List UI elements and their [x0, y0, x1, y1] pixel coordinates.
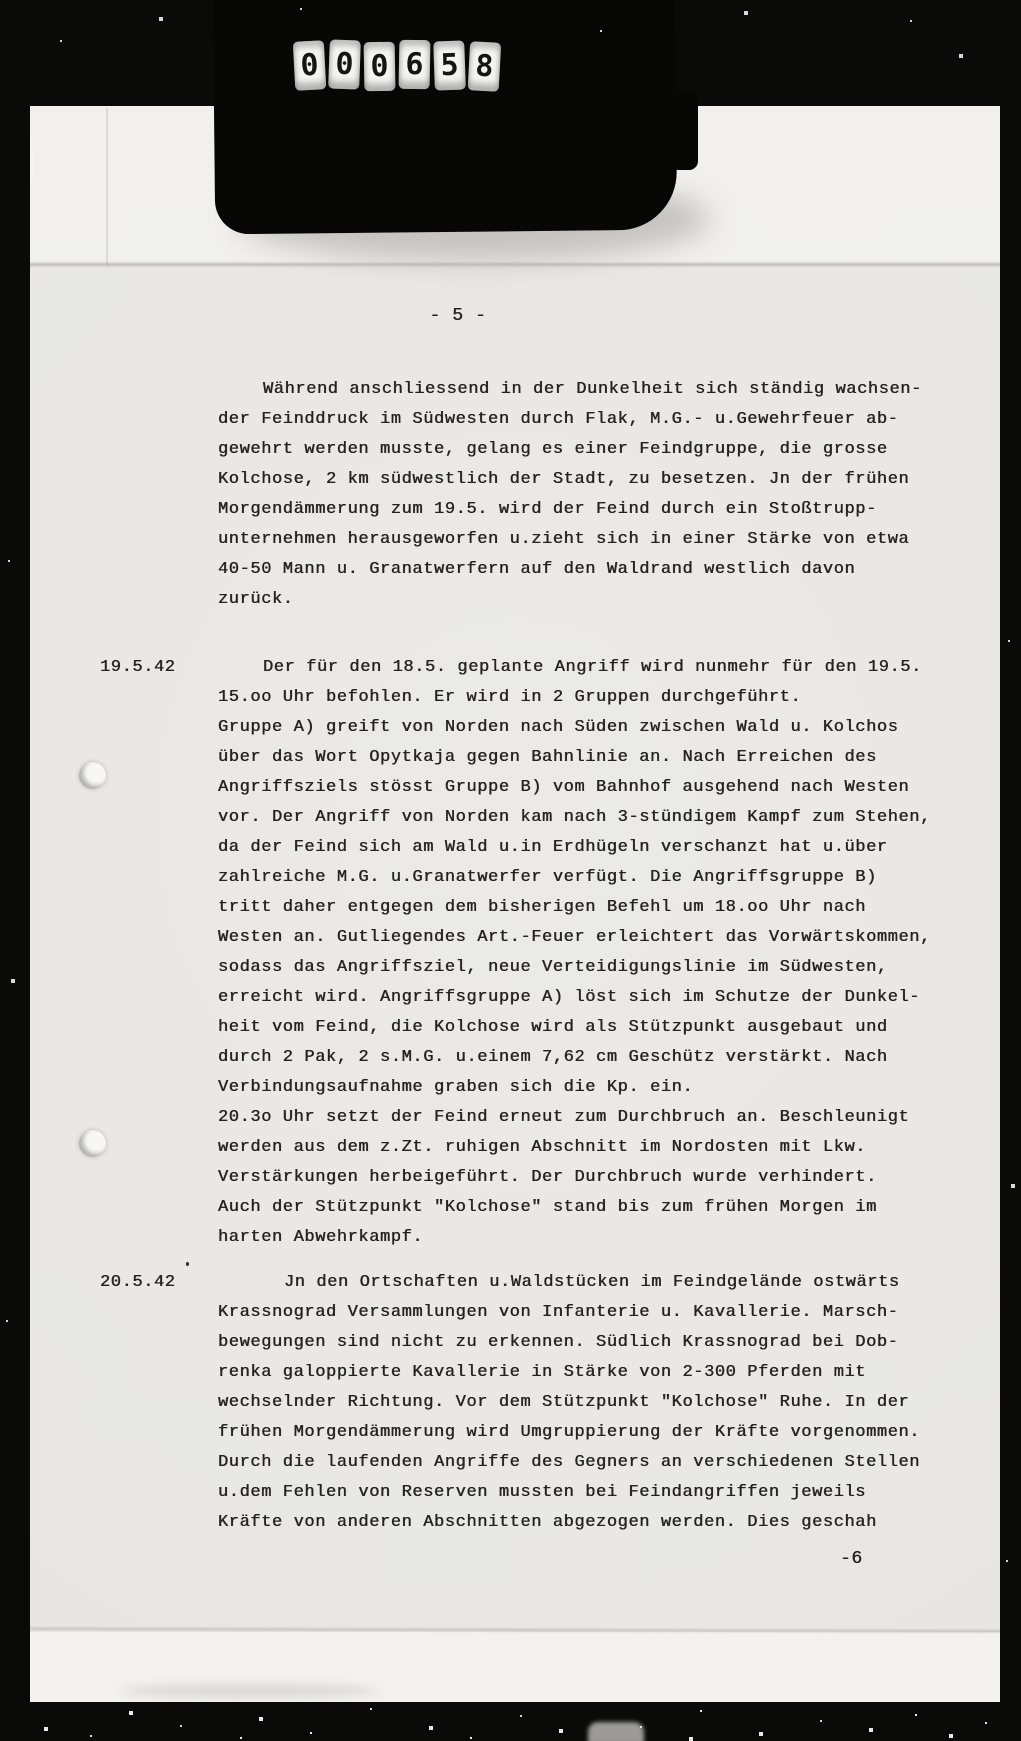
text-line: u.dem Fehlen von Reserven mussten bei Fe… — [218, 1483, 963, 1513]
counter-digit: 5 — [433, 40, 466, 90]
text-line: Kräfte von anderen Abschnitten abgezogen… — [218, 1513, 963, 1543]
text-line: heit vom Feind, die Kolchose wird als St… — [218, 1018, 963, 1048]
paper-crease — [106, 108, 108, 266]
text-line: frühen Morgendämmerung wird Umgruppierun… — [218, 1423, 963, 1453]
microfilm-frame: 0 0 0 6 5 8 - 5 - Während anschliessend … — [0, 0, 1021, 1741]
punch-hole — [79, 1130, 106, 1157]
text-line: zahlreiche M.G. u.Granatwerfer verfügt. … — [218, 868, 963, 898]
text-line: gewehrt werden musste, gelang es einer F… — [218, 440, 963, 470]
text-line: renka galoppierte Kavallerie in Stärke v… — [218, 1363, 963, 1393]
text-line: da der Feind sich am Wald u.in Erdhügeln… — [218, 838, 963, 868]
dust-speckles — [0, 0, 2, 2]
ink-speck — [186, 1262, 189, 1266]
text-line: bewegungen sind nicht zu erkennen. Südli… — [218, 1333, 963, 1363]
text-line: Kolchose, 2 km südwestlich der Stadt, zu… — [218, 470, 963, 500]
punch-hole — [79, 762, 106, 789]
frame-counter: 0 0 0 6 5 8 — [294, 40, 500, 89]
text-line: Jn den Ortschaften u.Waldstücken im Fein… — [218, 1273, 963, 1303]
counter-digit: 0 — [293, 40, 327, 91]
entry-date: 19.5.42 — [100, 658, 176, 677]
text-line: Krassnograd Versammlungen von Infanterie… — [218, 1303, 963, 1333]
text-line: Durch die laufenden Angriffe des Gegners… — [218, 1453, 963, 1483]
next-page-reference: -6 — [840, 1549, 863, 1569]
text-line: unternehmen herausgeworfen u.zieht sich … — [218, 530, 963, 560]
text-line: Der für den 18.5. geplante Angriff wird … — [218, 658, 963, 688]
text-line: Westen an. Gutliegendes Art.-Feuer erlei… — [218, 928, 963, 958]
text-line: 15.oo Uhr befohlen. Er wird in 2 Gruppen… — [218, 688, 963, 718]
film-edge-blob — [588, 1722, 644, 1741]
text-line: 40-50 Mann u. Granatwerfern auf den Wald… — [218, 560, 963, 590]
diary-entry-text: Während anschliessend in der Dunkelheit … — [218, 380, 963, 620]
page-counter-stamp-device — [213, 0, 678, 234]
text-line: vor. Der Angriff von Norden kam nach 3-s… — [218, 808, 963, 838]
text-line: Morgendämmerung zum 19.5. wird der Feind… — [218, 500, 963, 530]
text-line: durch 2 Pak, 2 s.M.G. u.einem 7,62 cm Ge… — [218, 1048, 963, 1078]
paper-smudge — [120, 1684, 380, 1698]
text-line: Auch der Stützpunkt "Kolchose" stand bis… — [218, 1198, 963, 1228]
text-line: über das Wort Opytkaja gegen Bahnlinie a… — [218, 748, 963, 778]
film-border-right — [1000, 0, 1021, 1741]
text-line: erreicht wird. Angriffsgruppe A) löst si… — [218, 988, 963, 1018]
sheet-top-edge — [22, 263, 1004, 266]
film-border-bottom — [0, 1702, 1021, 1741]
text-line: Angriffsziels stösst Gruppe B) vom Bahnh… — [218, 778, 963, 808]
text-line: wechselnder Richtung. Vor dem Stützpunkt… — [218, 1393, 963, 1423]
counter-digit: 0 — [328, 39, 361, 89]
text-line: zurück. — [218, 590, 963, 620]
page-number: - 5 - — [378, 306, 538, 326]
text-line: sodass das Angriffsziel, neue Verteidigu… — [218, 958, 963, 988]
text-line: Gruppe A) greift von Norden nach Süden z… — [218, 718, 963, 748]
counter-digit: 8 — [468, 41, 502, 92]
text-line: der Feinddruck im Südwesten durch Flak, … — [218, 410, 963, 440]
counter-digit: 0 — [364, 42, 396, 92]
text-line: harten Abwehrkampf. — [218, 1228, 963, 1258]
diary-entry-text: Jn den Ortschaften u.Waldstücken im Fein… — [218, 1273, 963, 1543]
text-line: Während anschliessend in der Dunkelheit … — [218, 380, 963, 410]
text-line: 20.3o Uhr setzt der Feind erneut zum Dur… — [218, 1108, 963, 1138]
text-line: tritt daher entgegen dem bisherigen Befe… — [218, 898, 963, 928]
text-line: werden aus dem z.Zt. ruhigen Abschnitt i… — [218, 1138, 963, 1168]
diary-entry-text: Der für den 18.5. geplante Angriff wird … — [218, 658, 963, 1258]
text-line: Verbindungsaufnahme graben sich die Kp. … — [218, 1078, 963, 1108]
stamp-device-tab — [670, 90, 698, 170]
film-border-left — [0, 0, 30, 1741]
counter-digit: 6 — [399, 40, 431, 90]
entry-date: 20.5.42 — [100, 1273, 176, 1292]
text-line: Verstärkungen herbeigeführt. Der Durchbr… — [218, 1168, 963, 1198]
